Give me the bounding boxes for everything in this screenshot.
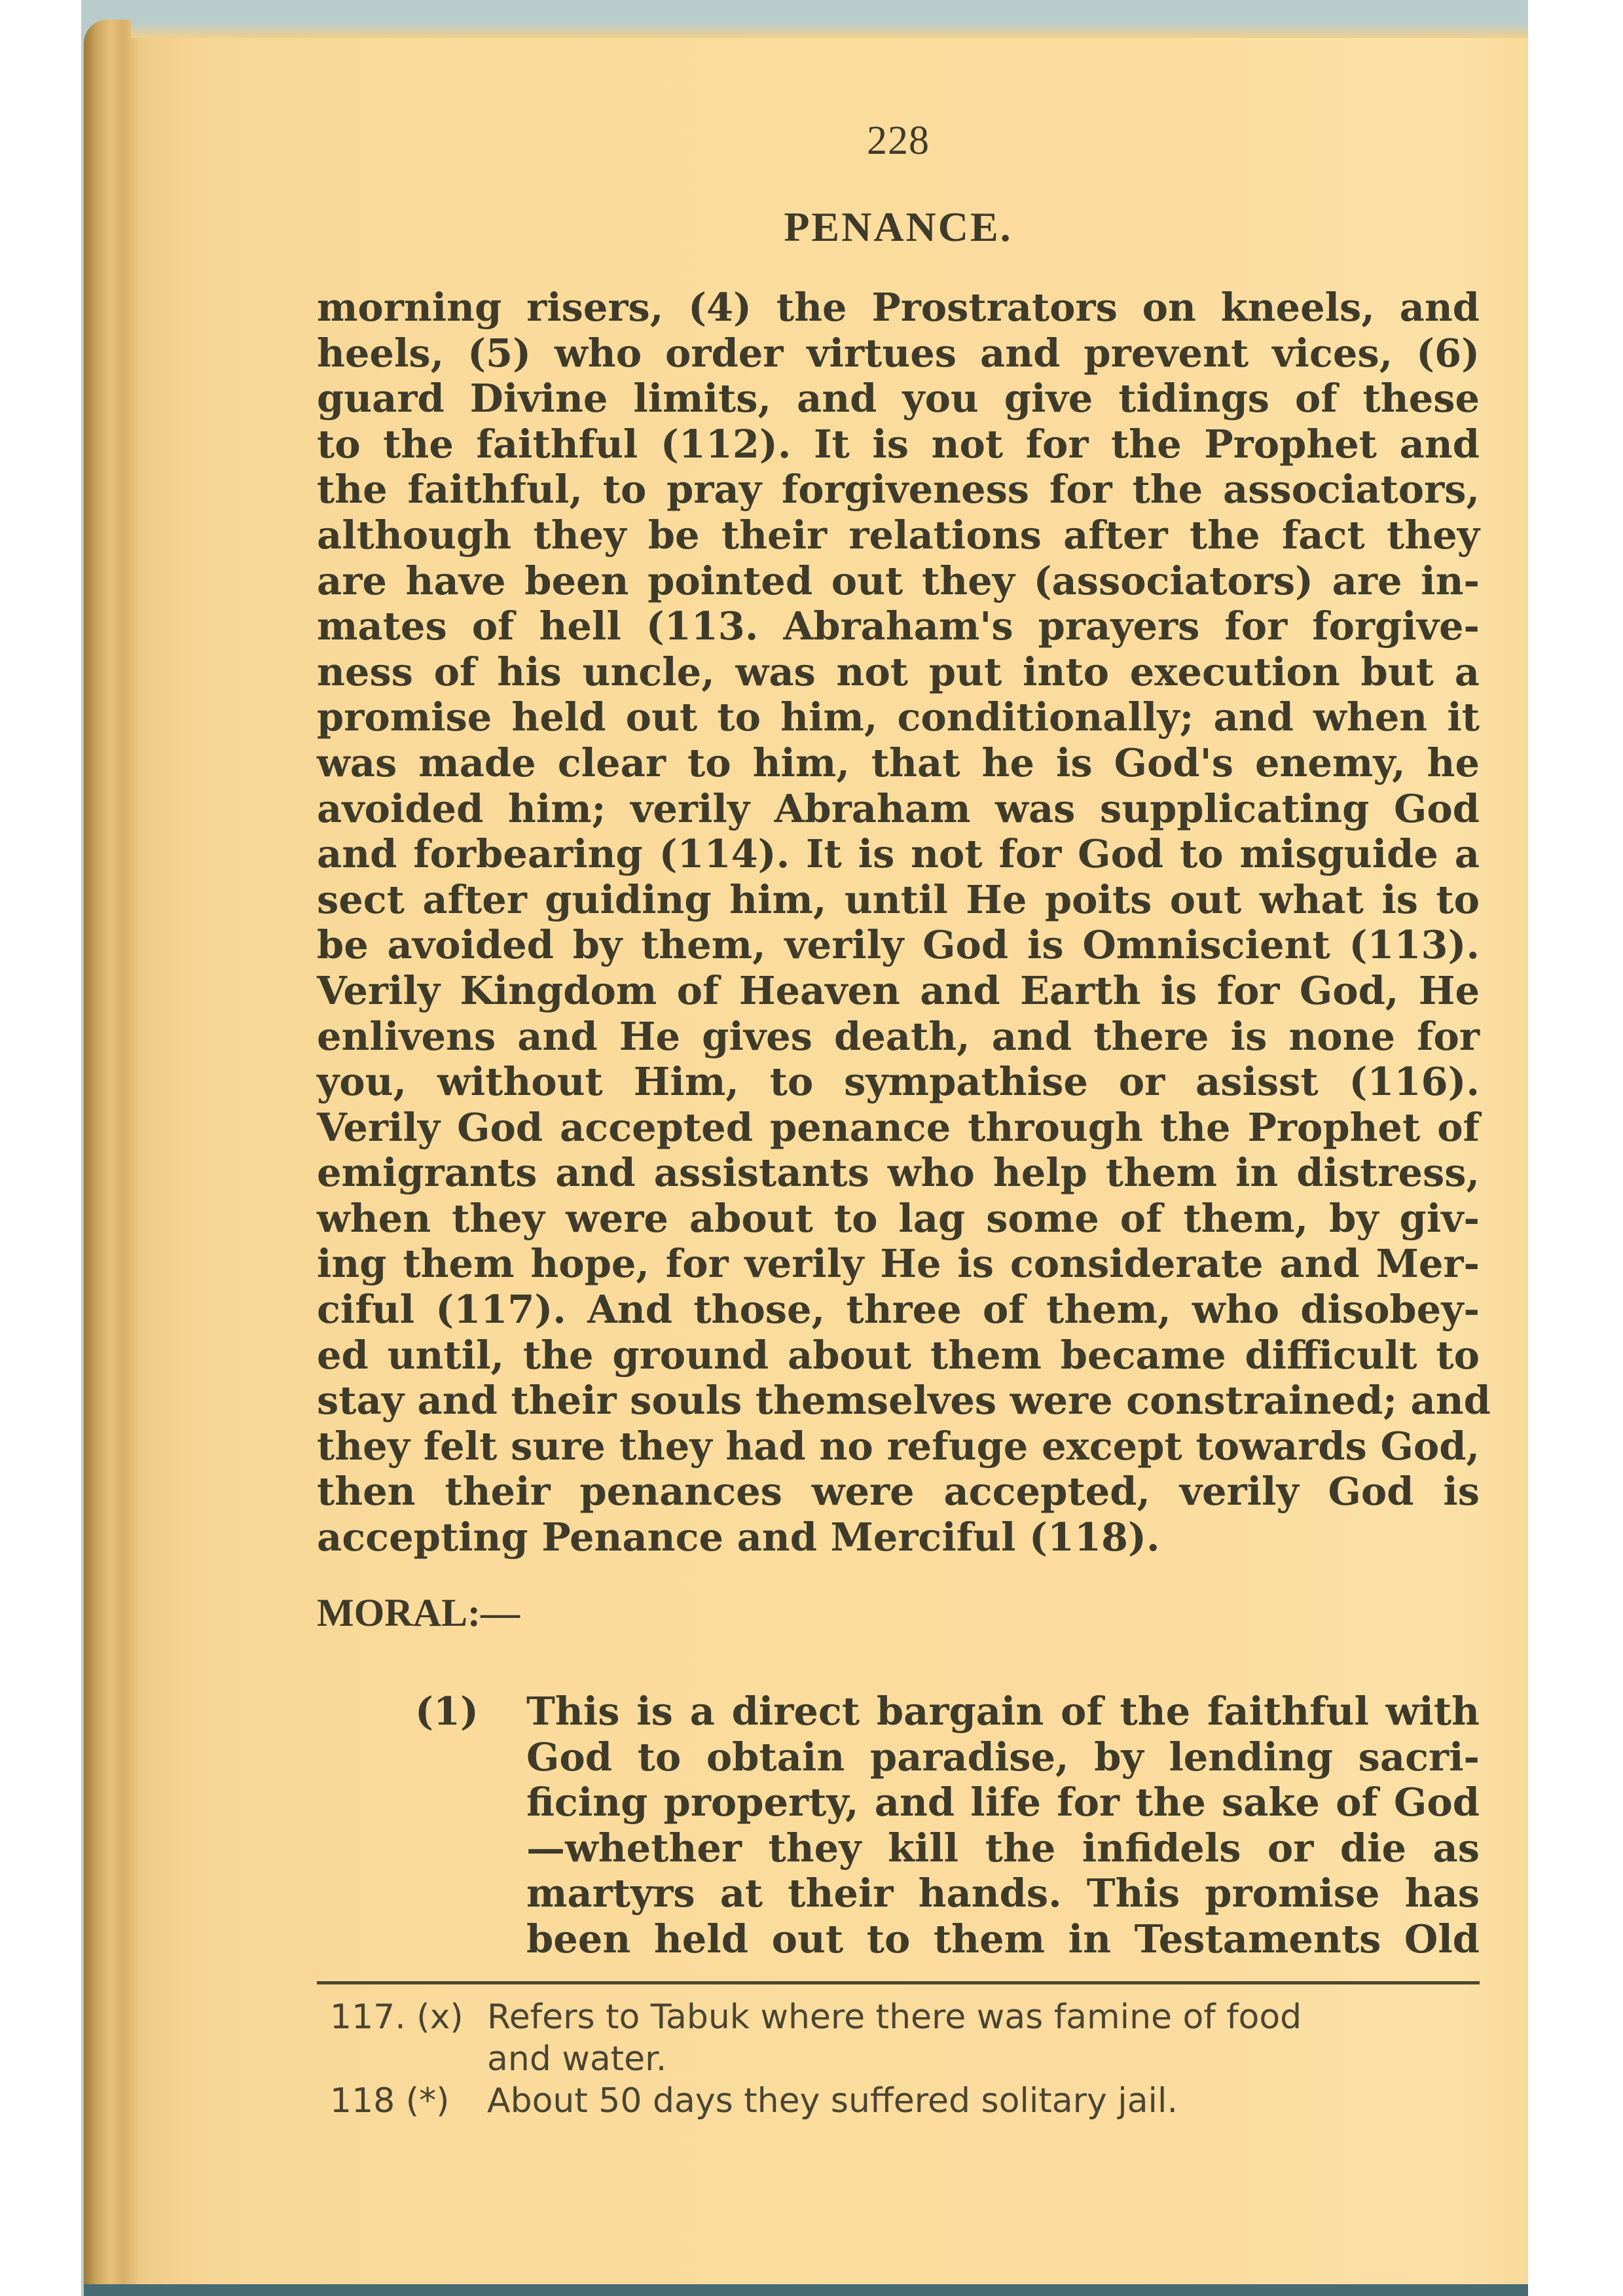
text-line: Verily Kingdom of Heaven and Earth is fo… <box>317 968 1480 1014</box>
body-paragraph: morning risers, (4) the Prostrators on k… <box>317 285 1480 1560</box>
text-line: guard Divine limits, and you give tiding… <box>317 376 1480 422</box>
text-line: the faithful, to pray forgiveness for th… <box>317 467 1480 512</box>
moral-item-number: (1) <box>415 1689 479 1734</box>
text-line: sect after guiding him, until He poits o… <box>317 877 1480 923</box>
text-line: and forbearing (114). It is not for God … <box>317 831 1480 877</box>
text-line: accepting Penance and Merciful (118). <box>317 1515 1480 1560</box>
text-line: stay and their souls themselves were con… <box>317 1378 1480 1424</box>
text-line: been held out to them in Testaments Old <box>526 1916 1480 1962</box>
footnotes: 117. (x) Refers to Tabuk where there was… <box>330 1996 1480 2122</box>
text-line: they felt sure they had no refuge except… <box>317 1424 1480 1469</box>
text-line: God to obtain paradise, by lending sacri… <box>526 1734 1480 1780</box>
text-line: mates of hell (113. Abraham's prayers fo… <box>317 603 1480 649</box>
text-line: when they were about to lag some of them… <box>317 1196 1480 1242</box>
text-line: are have been pointed out they (associat… <box>317 558 1480 604</box>
footnote-text: and water. <box>487 2038 666 2080</box>
text-line: you, without Him, to sympathise or asiss… <box>317 1059 1480 1105</box>
text-line: ficing property, and life for the sake o… <box>526 1780 1480 1825</box>
page-top-edge <box>131 12 1528 38</box>
text-line: ing them hope, for verily He is consider… <box>317 1241 1480 1287</box>
text-line: avoided him; verily Abraham was supplica… <box>317 786 1480 832</box>
footnote-label: 117. (x) <box>330 1996 464 2038</box>
text-line: emigrants and assistants who help them i… <box>317 1150 1480 1196</box>
chapter-title: PENANCE. <box>317 203 1480 251</box>
footnote-label: 118 (*) <box>330 2080 449 2122</box>
text-line: to the faithful (112). It is not for the… <box>317 422 1480 467</box>
text-line: be avoided by them, verily God is Omnisc… <box>317 922 1480 968</box>
text-line: ciful (117). And those, three of them, w… <box>317 1287 1480 1333</box>
text-line: martyrs at their hands. This promise has <box>526 1871 1480 1916</box>
text-line: then their penances were accepted, veril… <box>317 1469 1480 1515</box>
footnote-118: 118 (*) About 50 days they suffered soli… <box>330 2080 1480 2122</box>
text-line: Verily God accepted penance through the … <box>317 1105 1480 1151</box>
text-line: promise held out to him, conditionally; … <box>317 694 1480 740</box>
text-line: was made clear to him, that he is God's … <box>317 740 1480 786</box>
text-line: —whether they kill the infidels or die a… <box>526 1825 1480 1871</box>
page-number: 228 <box>317 118 1480 164</box>
text-line: heels, (5) who order virtues and prevent… <box>317 331 1480 376</box>
text-line: ed until, the ground about them became d… <box>317 1333 1480 1378</box>
footnote-117: 117. (x) Refers to Tabuk where there was… <box>330 1996 1480 2038</box>
footnote-text: Refers to Tabuk where there was famine o… <box>487 1996 1480 2038</box>
text-line: morning risers, (4) the Prostrators on k… <box>317 285 1480 331</box>
text-line: although they be their relations after t… <box>317 512 1480 558</box>
footnote-117-continued: and water. <box>330 2038 1480 2080</box>
text-line: enlivens and He gives death, and there i… <box>317 1014 1480 1060</box>
footnote-divider <box>317 1981 1480 1984</box>
text-line: ness of his uncle, was not put into exec… <box>317 649 1480 695</box>
moral-heading: MORAL:— <box>317 1590 520 1636</box>
page-bottom-edge <box>84 2284 1528 2296</box>
text-line: This is a direct bargain of the faithful… <box>526 1689 1480 1734</box>
moral-item-text: This is a direct bargain of the faithful… <box>526 1689 1480 1962</box>
footnote-text: About 50 days they suffered solitary jai… <box>487 2080 1480 2122</box>
